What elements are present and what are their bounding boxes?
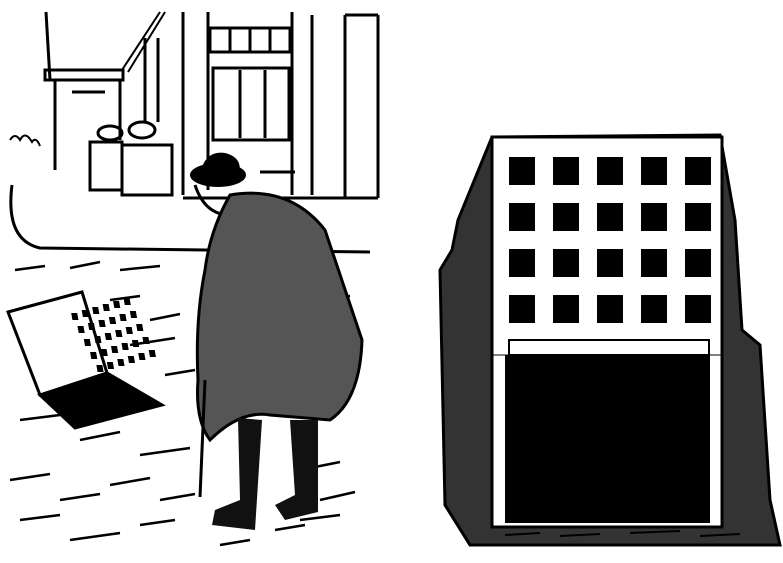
key <box>128 356 135 363</box>
key <box>142 337 149 344</box>
key <box>685 295 711 323</box>
key <box>82 310 89 317</box>
key <box>509 157 535 185</box>
key <box>117 359 124 366</box>
key <box>124 298 131 305</box>
key <box>149 350 156 357</box>
key <box>138 353 145 360</box>
key <box>84 339 91 346</box>
key <box>597 157 623 185</box>
key <box>115 330 122 337</box>
key <box>641 295 667 323</box>
illustration <box>0 0 783 563</box>
large-laptop <box>440 135 780 545</box>
key <box>597 249 623 277</box>
key <box>553 203 579 231</box>
key <box>685 203 711 231</box>
key <box>71 313 78 320</box>
key <box>103 304 110 311</box>
key <box>641 249 667 277</box>
key <box>130 311 137 318</box>
key <box>597 203 623 231</box>
man-figure <box>190 153 362 530</box>
key <box>111 346 118 353</box>
key <box>553 249 579 277</box>
key <box>126 327 133 334</box>
key <box>553 295 579 323</box>
key <box>685 249 711 277</box>
key <box>107 362 114 369</box>
key <box>105 333 112 340</box>
key <box>509 203 535 231</box>
key <box>90 352 97 359</box>
key <box>98 320 105 327</box>
key <box>88 323 95 330</box>
key <box>136 324 143 331</box>
key <box>641 203 667 231</box>
key <box>77 326 84 333</box>
key <box>509 295 535 323</box>
key <box>509 249 535 277</box>
key <box>685 157 711 185</box>
key <box>641 157 667 185</box>
key <box>96 365 103 372</box>
key <box>113 301 120 308</box>
key <box>132 340 139 347</box>
small-laptop <box>8 292 162 428</box>
key <box>119 314 126 321</box>
key <box>597 295 623 323</box>
key <box>94 336 101 343</box>
key <box>101 349 108 356</box>
key <box>109 317 116 324</box>
key <box>121 343 128 350</box>
key <box>92 307 99 314</box>
key <box>553 157 579 185</box>
